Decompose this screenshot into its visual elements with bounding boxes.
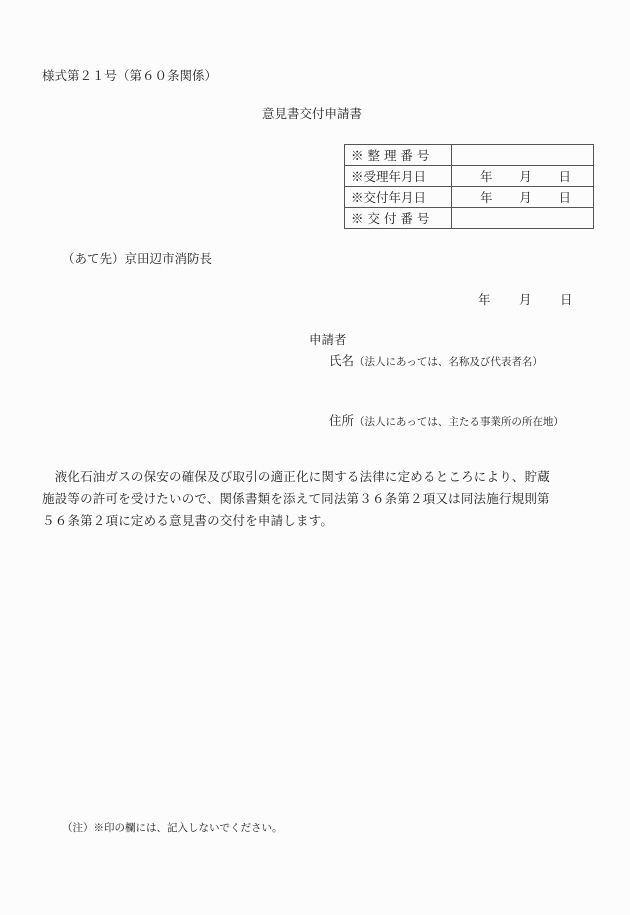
issued-date-label: ※交付年月日 — [345, 187, 452, 208]
reference-number-label: ※ 整 理 番 号 — [345, 145, 452, 166]
application-day-label: 日 — [560, 294, 573, 307]
received-day-label: 日 — [558, 167, 571, 185]
reference-number-field[interactable] — [452, 145, 594, 166]
name-label: 氏名 — [329, 353, 354, 368]
table-row-issue-number: ※ 交 付 番 号 — [345, 208, 594, 229]
address-note: （法人にあっては、主たる事業所の所在地） — [354, 416, 564, 428]
applicant-heading: 申請者 — [309, 334, 347, 347]
address-label: 住所 — [329, 413, 354, 428]
application-year-label: 年 — [478, 294, 491, 307]
statement-line-1: 液化石油ガスの保安の確保及び取引の適正化に関する法律に定めるところにより、貯蔵 — [42, 466, 590, 488]
issued-year-label: 年 — [480, 188, 493, 206]
received-date-label: ※受理年月日 — [345, 166, 452, 187]
issue-number-field[interactable] — [452, 208, 594, 229]
footnote: （注）※印の欄には、記入しないでください。 — [62, 823, 283, 834]
table-row-issued-date: ※交付年月日 年 月 日 — [345, 187, 594, 208]
issued-month-label: 月 — [519, 188, 532, 206]
table-row-received-date: ※受理年月日 年 月 日 — [345, 166, 594, 187]
received-month-label: 月 — [519, 167, 532, 185]
application-statement: 液化石油ガスの保安の確保及び取引の適正化に関する法律に定めるところにより、貯蔵 … — [42, 466, 590, 532]
applicant-name-row[interactable]: 氏名（法人にあっては、名称及び代表者名） — [329, 355, 543, 368]
received-year-label: 年 — [480, 167, 493, 185]
form-number: 様式第２１号（第６０条関係） — [42, 70, 217, 83]
document-title: 意見書交付申請書 — [262, 108, 362, 121]
office-use-table: ※ 整 理 番 号 ※受理年月日 年 月 日 ※交付年月日 年 月 日 ※ 交 … — [344, 144, 594, 229]
table-row-reference-number: ※ 整 理 番 号 — [345, 145, 594, 166]
statement-line-2: 施設等の許可を受けたいので、関係書類を添えて同法第３６条第２項又は同法施行規則第 — [42, 488, 590, 510]
addressee: （あて先）京田辺市消防長 — [62, 253, 212, 266]
name-note: （法人にあっては、名称及び代表者名） — [354, 356, 543, 368]
issued-date-field[interactable]: 年 月 日 — [452, 187, 594, 208]
issue-number-label: ※ 交 付 番 号 — [345, 208, 452, 229]
applicant-address-row[interactable]: 住所（法人にあっては、主たる事業所の所在地） — [329, 415, 564, 428]
issued-day-label: 日 — [558, 188, 571, 206]
received-date-field[interactable]: 年 月 日 — [452, 166, 594, 187]
application-month-label: 月 — [519, 294, 532, 307]
statement-line-3: ５６条第２項に定める意見書の交付を申請します。 — [42, 510, 590, 532]
